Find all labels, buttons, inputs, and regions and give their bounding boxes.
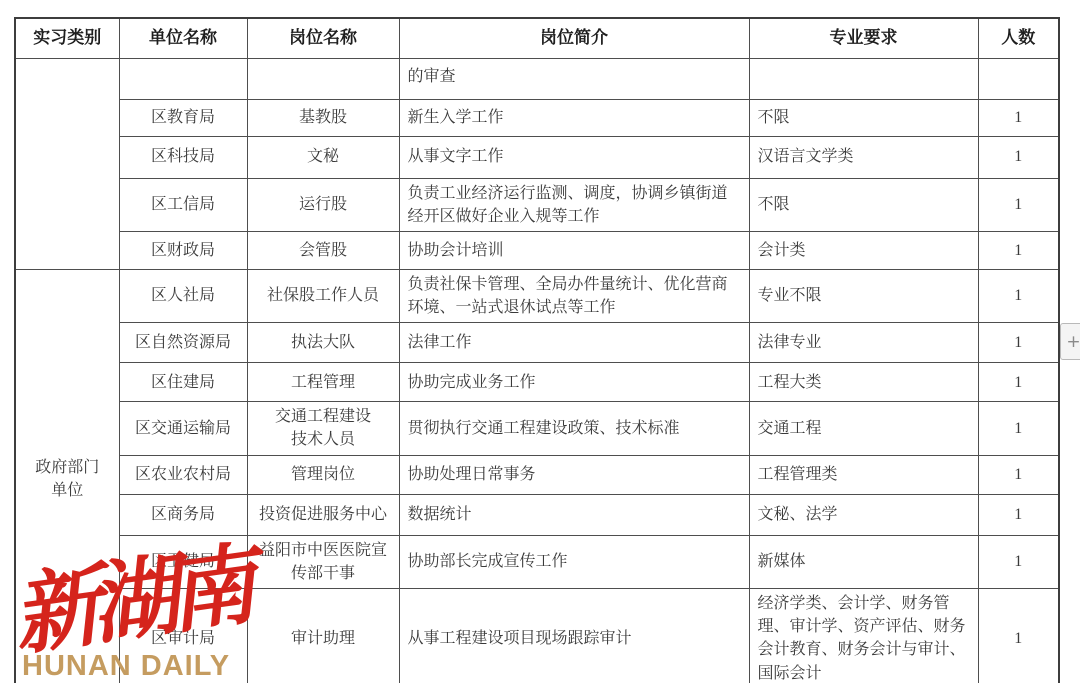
table-row: 区农业农村局管理岗位协助处理日常事务工程管理类1 (15, 455, 1059, 494)
cell-headcount: 1 (978, 231, 1059, 269)
column-header: 岗位简介 (399, 18, 749, 58)
cell-internship-category (15, 58, 119, 269)
cell-major-requirement (749, 58, 978, 99)
table-row: 的审查 (15, 58, 1059, 99)
cell-headcount: 1 (978, 178, 1059, 231)
cell-position-description: 数据统计 (399, 494, 749, 535)
cell-position-description: 贯彻执行交通工程建设政策、技术标准 (399, 402, 749, 455)
cell-major-requirement: 新媒体 (749, 535, 978, 588)
cell-position-description: 负责工业经济运行监测、调度，协调乡镇街道经开区做好企业入规等工作 (399, 178, 749, 231)
cell-unit-name: 区农业农村局 (119, 455, 247, 494)
cell-position-description: 协助部长完成宣传工作 (399, 535, 749, 588)
cell-position-description: 的审查 (399, 58, 749, 99)
table-row: 区工信局运行股负责工业经济运行监测、调度，协调乡镇街道经开区做好企业入规等工作不… (15, 178, 1059, 231)
cell-major-requirement: 文秘、法学 (749, 494, 978, 535)
table-row: 区交通运输局交通工程建设 技术人员贯彻执行交通工程建设政策、技术标准交通工程1 (15, 402, 1059, 455)
hunan-daily-watermark-en: HUNAN DAILY (22, 650, 230, 683)
cell-position-name: 基教股 (247, 99, 399, 136)
table-header-row: 实习类别单位名称岗位名称岗位简介专业要求人数 (15, 18, 1059, 58)
cell-headcount: 1 (978, 269, 1059, 322)
cell-headcount: 1 (978, 494, 1059, 535)
cell-unit-name: 区人社局 (119, 269, 247, 322)
cell-headcount: 1 (978, 323, 1059, 363)
cell-position-name: 文秘 (247, 136, 399, 178)
column-header: 单位名称 (119, 18, 247, 58)
cell-major-requirement: 不限 (749, 99, 978, 136)
cell-major-requirement: 工程管理类 (749, 455, 978, 494)
cell-position-name (247, 58, 399, 99)
cell-position-name: 交通工程建设 技术人员 (247, 402, 399, 455)
cell-major-requirement: 工程大类 (749, 363, 978, 402)
cell-position-name: 益阳市中医医院宣 传部干事 (247, 535, 399, 588)
cell-position-name: 管理岗位 (247, 455, 399, 494)
column-header: 岗位名称 (247, 18, 399, 58)
table-row: 区科技局文秘从事文字工作汉语言文学类1 (15, 136, 1059, 178)
cell-position-name: 执法大队 (247, 323, 399, 363)
cell-headcount: 1 (978, 99, 1059, 136)
cell-position-description: 协助完成业务工作 (399, 363, 749, 402)
expand-button[interactable]: + (1060, 323, 1080, 360)
cell-position-description: 法律工作 (399, 323, 749, 363)
cell-headcount (978, 58, 1059, 99)
cell-headcount: 1 (978, 455, 1059, 494)
cell-unit-name: 区工信局 (119, 178, 247, 231)
table-row: 区财政局会管股协助会计培训会计类1 (15, 231, 1059, 269)
cell-major-requirement: 汉语言文学类 (749, 136, 978, 178)
table-row: 政府部门 单位区人社局社保股工作人员负责社保卡管理、全局办件量统计、优化营商环境… (15, 269, 1059, 322)
cell-headcount: 1 (978, 363, 1059, 402)
cell-major-requirement: 法律专业 (749, 323, 978, 363)
cell-position-description: 负责社保卡管理、全局办件量统计、优化营商环境、一站式退休试点等工作 (399, 269, 749, 322)
cell-position-name: 会管股 (247, 231, 399, 269)
cell-unit-name: 区自然资源局 (119, 323, 247, 363)
column-header: 专业要求 (749, 18, 978, 58)
cell-headcount: 1 (978, 589, 1059, 683)
cell-position-name: 运行股 (247, 178, 399, 231)
cell-unit-name: 区科技局 (119, 136, 247, 178)
cell-unit-name (119, 58, 247, 99)
cell-headcount: 1 (978, 136, 1059, 178)
cell-major-requirement: 经济学类、会计学、财务管理、审计学、资产评估、财务会计教育、财务会计与审计、国际… (749, 589, 978, 683)
cell-position-name: 投资促进服务中心 (247, 494, 399, 535)
column-header: 实习类别 (15, 18, 119, 58)
cell-major-requirement: 不限 (749, 178, 978, 231)
cell-unit-name: 区财政局 (119, 231, 247, 269)
cell-position-description: 新生入学工作 (399, 99, 749, 136)
cell-headcount: 1 (978, 402, 1059, 455)
column-header: 人数 (978, 18, 1059, 58)
cell-position-description: 从事工程建设项目现场跟踪审计 (399, 589, 749, 683)
cell-unit-name: 区住建局 (119, 363, 247, 402)
cell-unit-name: 区交通运输局 (119, 402, 247, 455)
cell-major-requirement: 交通工程 (749, 402, 978, 455)
cell-headcount: 1 (978, 535, 1059, 588)
table-row: 区自然资源局执法大队法律工作法律专业1 (15, 323, 1059, 363)
page: 实习类别单位名称岗位名称岗位简介专业要求人数 的审查区教育局基教股新生入学工作不… (0, 0, 1080, 683)
cell-unit-name: 区教育局 (119, 99, 247, 136)
table-row: 区教育局基教股新生入学工作不限1 (15, 99, 1059, 136)
cell-position-description: 从事文字工作 (399, 136, 749, 178)
cell-position-name: 社保股工作人员 (247, 269, 399, 322)
table-row: 区住建局工程管理协助完成业务工作工程大类1 (15, 363, 1059, 402)
cell-position-description: 协助会计培训 (399, 231, 749, 269)
cell-major-requirement: 会计类 (749, 231, 978, 269)
cell-position-name: 工程管理 (247, 363, 399, 402)
cell-position-description: 协助处理日常事务 (399, 455, 749, 494)
cell-major-requirement: 专业不限 (749, 269, 978, 322)
cell-position-name: 审计助理 (247, 589, 399, 683)
